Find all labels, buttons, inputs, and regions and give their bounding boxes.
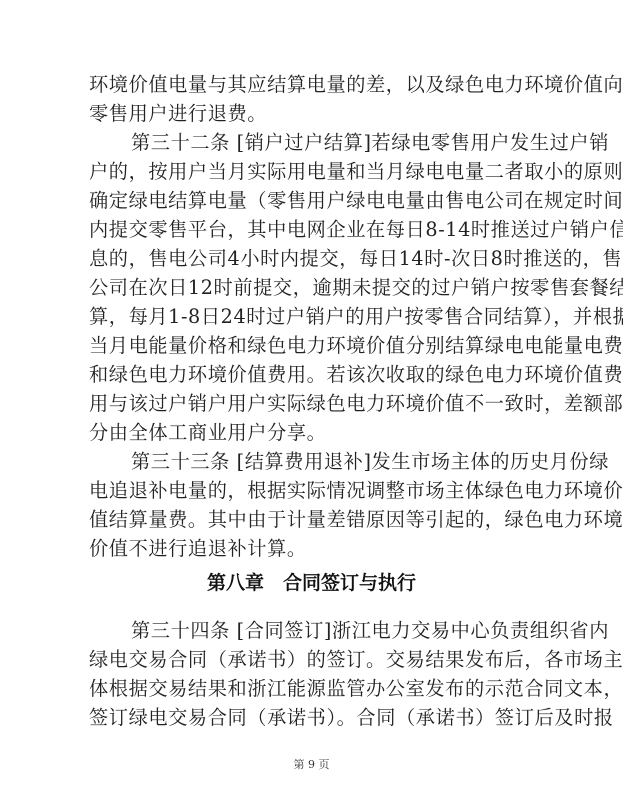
article-33-title-line: 第三十三条 [结算费用退补]发生市场主体的历史月份绿 xyxy=(131,451,532,473)
text-line: 用与该过户销户用户实际绿色电力环境价值不一致时，差额部 xyxy=(89,393,532,415)
text-line: 签订绿电交易合同（承诺书）。合同（承诺书）签订后及时报 xyxy=(89,707,532,729)
chapter-heading: 第八章 合同签订与执行 xyxy=(0,571,623,595)
text-line: 算，每月1-8日24时过户销户的用户按零售合同结算），并根据 xyxy=(89,306,532,328)
text-line: 价值不进行追退补计算。 xyxy=(89,538,532,560)
text-line: 电追退补电量的，根据实际情况调整市场主体绿色电力环境价 xyxy=(89,480,532,502)
text-line: 零售用户进行退费。 xyxy=(89,103,532,125)
text-line: 内提交零售平台，其中电网企业在每日8-14时推送过户销户信 xyxy=(89,219,532,241)
page-number: 第 9 页 xyxy=(0,756,623,772)
text-line: 环境价值电量与其应结算电量的差，以及绿色电力环境价值向 xyxy=(89,74,532,96)
text-line: 分由全体工商业用户分享。 xyxy=(89,422,532,444)
text-line: 和绿色电力环境价值费用。若该次收取的绿色电力环境价值费 xyxy=(89,364,532,386)
text-line: 值结算量费。其中由于计量差错原因等引起的，绿色电力环境 xyxy=(89,509,532,531)
text-line: 绿电交易合同（承诺书）的签订。交易结果发布后，各市场主 xyxy=(89,649,532,671)
text-line: 体根据交易结果和浙江能源监管办公室发布的示范合同文本， xyxy=(89,678,532,700)
article-32-title-line: 第三十二条 [销户过户结算]若绿电零售用户发生过户销 xyxy=(131,132,532,154)
article-34-title-line: 第三十四条 [合同签订]浙江电力交易中心负责组织省内 xyxy=(131,620,532,642)
text-line: 当月电能量价格和绿色电力环境价值分别结算绿电电能量电费 xyxy=(89,335,532,357)
text-line: 息的，售电公司4小时内提交，每日14时-次日8时推送的，售电 xyxy=(89,248,532,270)
document-page: 环境价值电量与其应结算电量的差，以及绿色电力环境价值向 零售用户进行退费。 第三… xyxy=(0,0,623,803)
text-line: 公司在次日12时前提交，逾期未提交的过户销户按零售套餐结 xyxy=(89,277,532,299)
text-line: 确定绿电结算电量（零售用户绿电电量由售电公司在规定时间 xyxy=(89,190,532,212)
text-line: 户的，按用户当月实际用电量和当月绿电电量二者取小的原则 xyxy=(89,161,532,183)
